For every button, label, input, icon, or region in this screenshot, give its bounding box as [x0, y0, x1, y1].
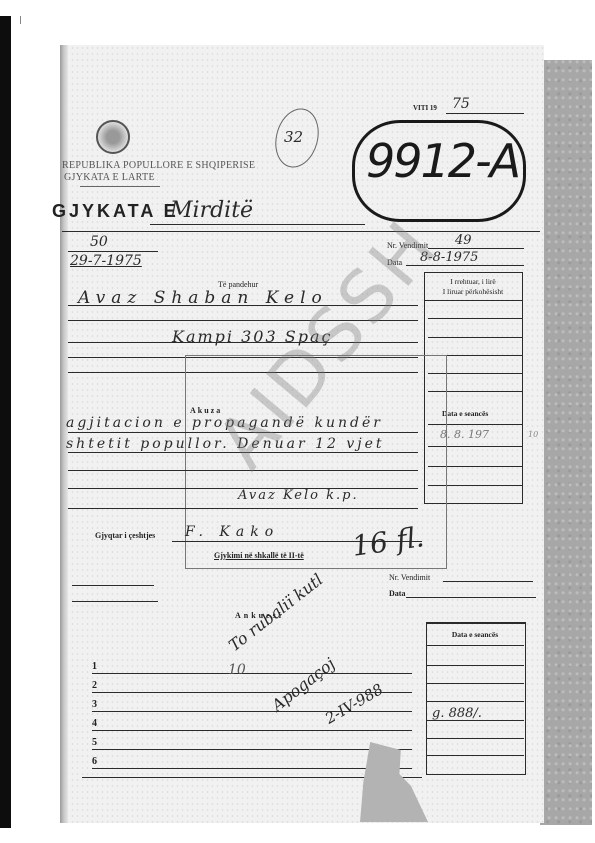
court-line: GJYKATA E LARTE [64, 172, 155, 183]
case-number: 50 [90, 234, 108, 250]
scan-mark [20, 16, 21, 24]
court-prefix: GJYKATA E [52, 201, 179, 222]
accusation-line3: Avaz Kelo k.p. [238, 488, 359, 503]
divider [426, 755, 524, 756]
divider [80, 186, 160, 187]
case-date: 29-7-1975 [70, 253, 142, 269]
complaint-row: 1 [92, 655, 412, 674]
judge-name: F. Kako [185, 524, 279, 540]
divider [406, 597, 536, 598]
complaint-rows: 1 2 3 4 5 6 [92, 655, 412, 769]
complaint-row: 4 [92, 712, 412, 731]
divider [68, 508, 418, 509]
appeal-label: Gjykimi në shkallë të II-të [214, 551, 304, 560]
divider [426, 738, 524, 739]
session-date-label: Data e seancës [442, 409, 488, 418]
box-border [522, 272, 523, 504]
year-value: 75 [452, 96, 470, 112]
judge-label: Gjyqtar i çeshtjes [95, 531, 155, 540]
verdict-number-label: Nr. Vendimit [389, 573, 430, 582]
divider [72, 585, 154, 586]
divider [426, 683, 524, 684]
divider [426, 720, 524, 721]
divider [426, 665, 524, 666]
file-number: 9912-A [366, 134, 519, 188]
scan-left-edge [0, 16, 11, 828]
session-date-entry: 8. 8. 197 [440, 428, 489, 441]
divider [150, 224, 365, 225]
decision-number: 49 [455, 233, 472, 248]
status-header-line1: I rrehtuar, i lirë [424, 277, 522, 286]
divider [426, 645, 524, 646]
divider [443, 581, 533, 582]
divider [424, 300, 522, 301]
divider [72, 601, 158, 602]
divider [428, 318, 522, 319]
divider [446, 113, 524, 114]
session-2-label: Data e seancës [426, 630, 524, 639]
verdict-date-label: Data [389, 589, 405, 598]
divider [68, 251, 158, 252]
divider [62, 231, 540, 232]
divider [428, 337, 522, 338]
small-circled-number: 32 [284, 128, 303, 146]
divider [426, 701, 524, 702]
divider [68, 470, 418, 471]
session-margin-note: 10 [528, 430, 538, 439]
country-line: REPUBLIKA POPULLORE E SHQIPERISE [62, 160, 255, 171]
court-district: Mirditë [170, 198, 253, 223]
complaint-row: 5 [92, 731, 412, 750]
complaint-row: 6 [92, 750, 412, 769]
state-emblem-icon [96, 120, 130, 154]
year-label: VITI 19 [413, 104, 437, 112]
complaint-side-mark: 10 [228, 662, 246, 678]
session-2-entry: g. 888/. [432, 706, 482, 721]
status-header-line2: I liruar përkohësisht [424, 287, 522, 296]
folder-back-cover [540, 60, 592, 825]
